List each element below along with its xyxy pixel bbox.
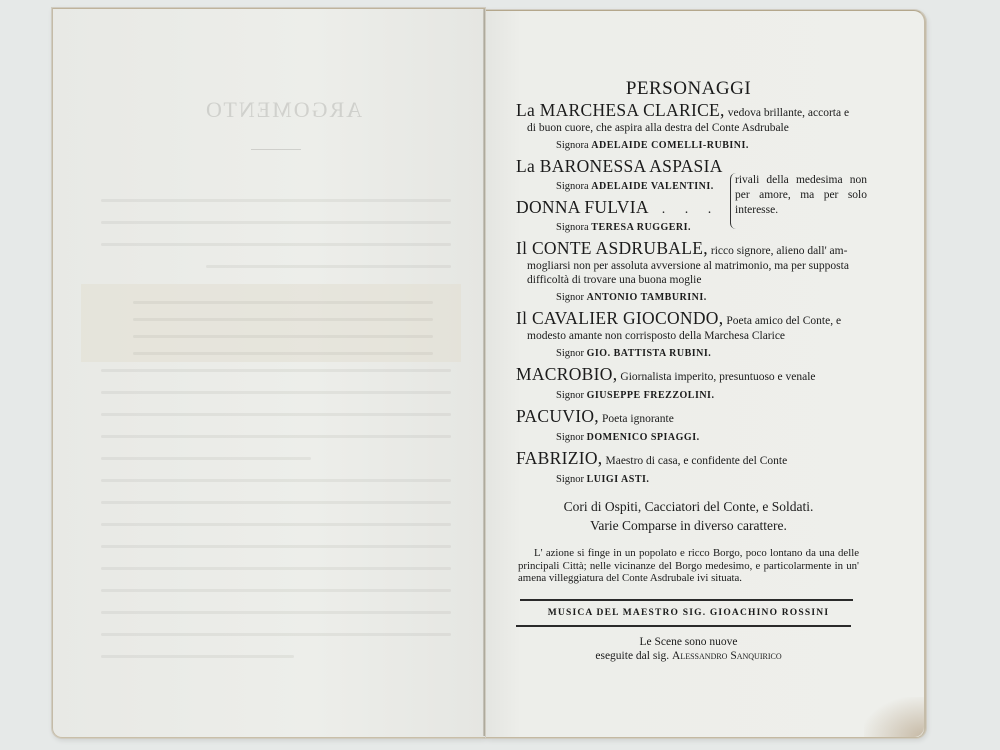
rivals-bracket-note: rivali della medesima non per amore, ma … [730, 173, 867, 229]
character-entry: MACROBIO, Giornalista imperito, presuntu… [516, 367, 861, 403]
character-name: DONNA FULVIA [516, 197, 649, 217]
left-page: ARGOMENTO [52, 8, 485, 738]
character-name: Il CONTE ASDRUBALE, [516, 238, 708, 258]
character-name: MACROBIO, [516, 364, 617, 384]
divider-rule [516, 625, 851, 627]
corner-stain [864, 697, 924, 737]
character-description: Poeta ignorante [602, 413, 674, 425]
bleed-through-text [101, 199, 451, 287]
character-name: La MARCHESA CLARICE, [516, 100, 725, 120]
character-description-cont: modesto amante non corrisposto della Mar… [516, 329, 861, 343]
singer-name: LUIGI ASTI. [587, 474, 650, 485]
bleed-through-paragraphs [101, 369, 451, 677]
character-description: ricco signore, alieno dall' am- [711, 245, 848, 257]
character-entry: Il CAVALIER GIOCONDO, Poeta amico del Co… [516, 311, 861, 361]
leader-dots: . . . [662, 202, 720, 217]
scenery-credit: Le Scene sono nuove eseguite dal sig. Al… [516, 635, 861, 663]
music-credit: MUSICA DEL MAESTRO SIG. GIOACHINO ROSSIN… [516, 601, 861, 625]
character-entry: FABRIZIO, Maestro di casa, e confidente … [516, 451, 861, 487]
bleed-through-title: ARGOMENTO [193, 97, 373, 123]
character-entry: Il CONTE ASDRUBALE, ricco signore, alien… [516, 241, 861, 305]
cast-list-content: PERSONAGGI La MARCHESA CLARICE, vedova b… [516, 81, 861, 663]
singer-name: GIO. BATTISTA RUBINI. [587, 348, 712, 359]
character-description: vedova brillante, accorta e [728, 107, 849, 119]
singer-credit: Signor ANTONIO TAMBURINI. [516, 290, 861, 305]
singer-name: GIUSEPPE FREZZOLINI. [587, 390, 715, 401]
bleed-through-rule [251, 149, 301, 150]
chorus-credits: Cori di Ospiti, Cacciatori del Conte, e … [516, 497, 861, 535]
chorus-line: Cori di Ospiti, Cacciatori del Conte, e … [516, 497, 861, 516]
rivals-group: La BARONESSA ASPASIA Signora ADELAIDE VA… [516, 159, 861, 235]
scenery-designer: Alessandro Sanquirico [672, 650, 782, 662]
bleed-through-quote [133, 301, 433, 369]
character-entry: PACUVIO, Poeta ignorante Signor DOMENICO… [516, 409, 861, 445]
singer-name: DOMENICO SPIAGGI. [587, 432, 700, 443]
character-description-cont: di buon cuore, che aspira alla destra de… [516, 121, 861, 135]
character-description: Maestro di casa, e confidente del Conte [605, 455, 787, 467]
singer-credit: Signor DOMENICO SPIAGGI. [516, 430, 861, 445]
singer-name: TERESA RUGGERI. [591, 222, 691, 233]
extras-line: Varie Comparse in diverso carattere. [516, 516, 861, 535]
character-entry: La MARCHESA CLARICE, vedova brillante, a… [516, 103, 861, 153]
character-description: Poeta amico del Conte, e [726, 315, 841, 327]
character-description-cont: mogliarsi non per assoluta avversione al… [516, 259, 861, 287]
singer-credit: Signor GIUSEPPE FREZZOLINI. [516, 388, 861, 403]
singer-name: ADELAIDE VALENTINI. [591, 181, 714, 192]
singer-name: ANTONIO TAMBURINI. [587, 292, 707, 303]
singer-credit: Signora ADELAIDE COMELLI-RUBINI. [516, 138, 861, 153]
character-name: PACUVIO, [516, 406, 599, 426]
setting-description: L' azione si finge in un popolato e ricc… [516, 547, 861, 585]
singer-name: ADELAIDE COMELLI-RUBINI. [591, 140, 749, 151]
singer-credit: Signor GIO. BATTISTA RUBINI. [516, 346, 861, 361]
character-name: La BARONESSA ASPASIA [516, 156, 723, 176]
character-description: Giornalista imperito, presuntuoso e vena… [620, 371, 815, 383]
singer-credit: Signor LUIGI ASTI. [516, 472, 861, 487]
character-name: Il CAVALIER GIOCONDO, [516, 308, 723, 328]
right-page: PERSONAGGI La MARCHESA CLARICE, vedova b… [486, 10, 926, 738]
page-title: PERSONAGGI [516, 81, 861, 96]
character-name: FABRIZIO, [516, 448, 602, 468]
